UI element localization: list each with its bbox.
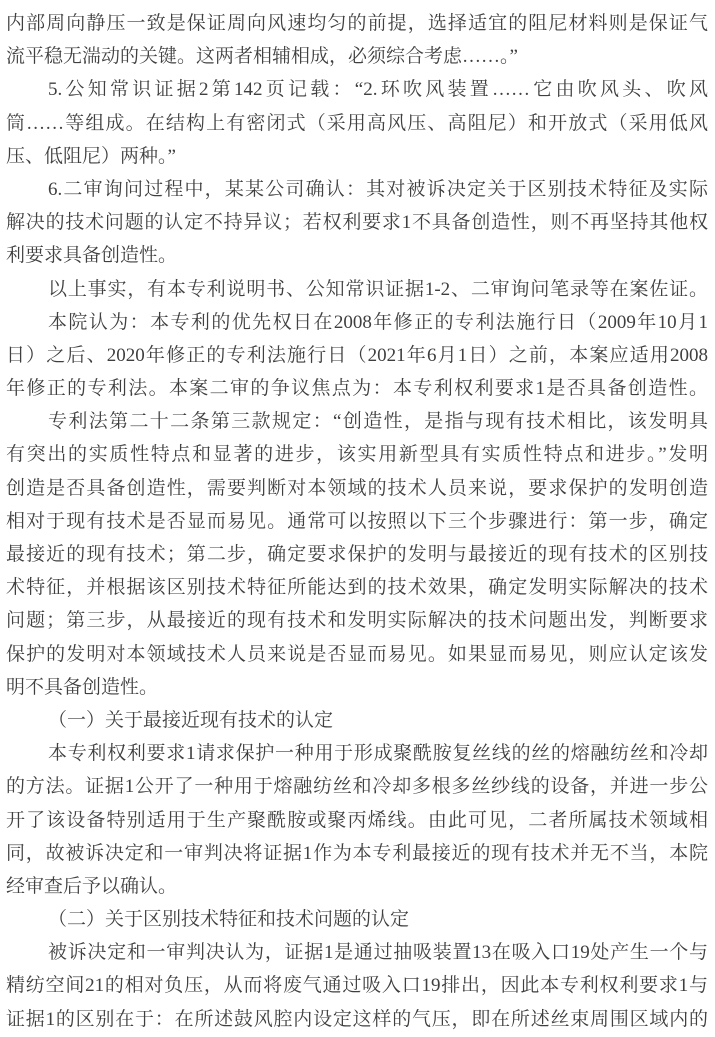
text-line-25: 开了该设备特别适用于生产聚酰胺或聚丙烯线。由此可见，二者所属技术领域相 bbox=[6, 804, 708, 837]
document-page: 内部周向静压一致是保证周向风速均匀的前提，选择适宜的阻尼材料则是保证气流平稳无湍… bbox=[0, 0, 715, 1037]
text-line-22: （一）关于最接近现有技术的认定 bbox=[6, 704, 708, 737]
text-line-27: 经审查后予以确认。 bbox=[6, 870, 708, 903]
text-line-16: 相对于现有技术是否显而易见。通常可以按照以下三个步骤进行：第一步，确定 bbox=[6, 505, 708, 538]
text-line-28: （二）关于区别技术特征和技术问题的认定 bbox=[6, 903, 708, 936]
text-line-26: 同，故被诉决定和一审判决将证据1作为本专利最接近的现有技术并无不当，本院 bbox=[6, 837, 708, 870]
text-line-8: 利要求具备创造性。 bbox=[6, 239, 708, 272]
text-line-18: 术特征，并根据该区别技术特征所能达到的技术效果，确定发明实际解决的技术 bbox=[6, 571, 708, 604]
text-line-9: 以上事实，有本专利说明书、公知常识证据1-2、二审询问笔录等在案佐证。 bbox=[6, 273, 708, 306]
text-line-24: 的方法。证据1公开了一种用于熔融纺丝和冷却多根多丝纱线的设备，并进一步公 bbox=[6, 770, 708, 803]
text-line-30: 精纺空间21的相对负压，从而将废气通过吸入口19排出，因此本专利权利要求1与 bbox=[6, 969, 708, 1002]
text-line-29: 被诉决定和一审判决认为，证据1是通过抽吸装置13在吸入口19处产生一个与 bbox=[6, 936, 708, 969]
text-line-4: 筒……等组成。在结构上有密闭式（采用高风压、高阻尼）和开放式（采用低风 bbox=[6, 107, 708, 140]
text-line-5: 压、低阻尼）两种。” bbox=[6, 140, 708, 173]
text-line-31: 证据1的区别在于：在所述鼓风腔内设定这样的气压，即在所述丝束周围区域内的 bbox=[6, 1003, 708, 1036]
text-line-21: 明不具备创造性。 bbox=[6, 671, 708, 704]
text-line-12: 年修正的专利法。本案二审的争议焦点为：本专利权利要求1是否具备创造性。 bbox=[6, 372, 708, 405]
text-line-13: 专利法第二十二条第三款规定：“创造性，是指与现有技术相比，该发明具 bbox=[6, 405, 708, 438]
text-line-14: 有突出的实质性特点和显著的进步，该实用新型具有实质性特点和进步。”发明 bbox=[6, 438, 708, 471]
text-line-10: 本院认为：本专利的优先权日在2008年修正的专利法施行日（2009年10月1 bbox=[6, 306, 708, 339]
text-line-6: 6.二审询问过程中，某某公司确认：其对被诉决定关于区别技术特征及实际 bbox=[6, 173, 708, 206]
text-line-2: 流平稳无湍动的关键。这两者相辅相成，必须综合考虑……。” bbox=[6, 40, 708, 73]
text-line-23: 本专利权利要求1请求保护一种用于形成聚酰胺复丝线的丝的熔融纺丝和冷却 bbox=[6, 737, 708, 770]
text-line-7: 解决的技术问题的认定不持异议；若权利要求1不具备创造性，则不再坚持其他权 bbox=[6, 206, 708, 239]
document-text-block: 内部周向静压一致是保证周向风速均匀的前提，选择适宜的阻尼材料则是保证气流平稳无湍… bbox=[6, 7, 708, 1036]
text-line-19: 问题；第三步，从最接近的现有技术和发明实际解决的技术问题出发，判断要求 bbox=[6, 604, 708, 637]
text-line-15: 创造是否具备创造性，需要判断对本领域的技术人员来说，要求保护的发明创造 bbox=[6, 472, 708, 505]
text-line-11: 日）之后、2020年修正的专利法施行日（2021年6月1日）之前，本案应适用20… bbox=[6, 339, 708, 372]
text-line-17: 最接近的现有技术；第二步，确定要求保护的发明与最接近的现有技术的区别技 bbox=[6, 538, 708, 571]
text-line-20: 保护的发明对本领域技术人员来说是否显而易见。如果显而易见，则应认定该发 bbox=[6, 638, 708, 671]
text-line-1: 内部周向静压一致是保证周向风速均匀的前提，选择适宜的阻尼材料则是保证气 bbox=[6, 7, 708, 40]
text-line-3: 5.公知常识证据2第142页记载：“2.环吹风装置……它由吹风头、吹风 bbox=[6, 73, 708, 106]
